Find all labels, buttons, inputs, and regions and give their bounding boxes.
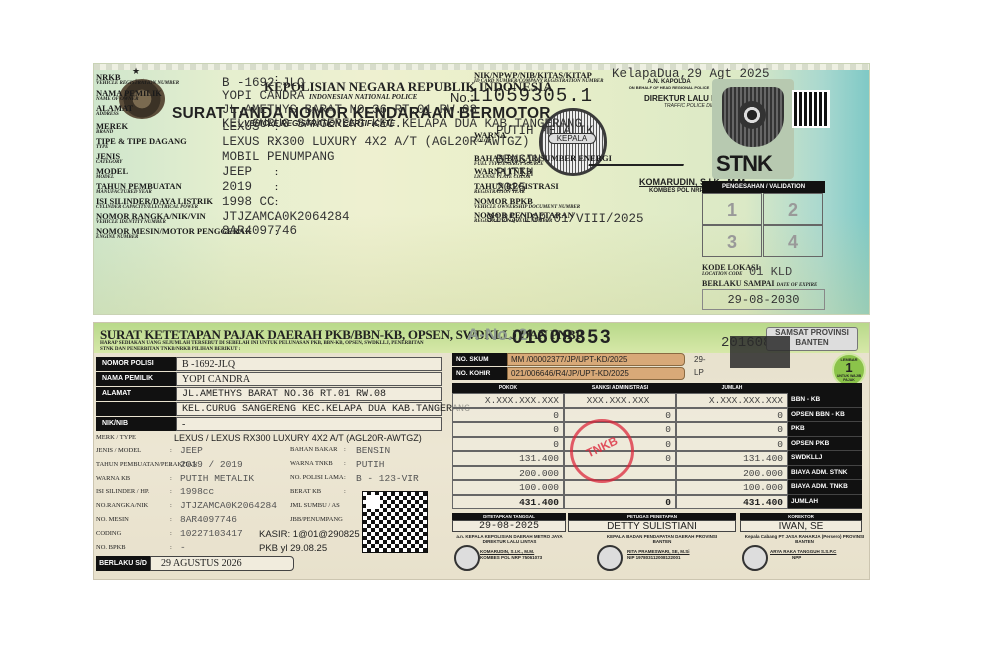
berlaku-sub: DATE OF EXPIRE xyxy=(777,283,818,288)
fee-pokok: 0 xyxy=(452,437,564,452)
cashier-code: KASIR: 1@01@290825 xyxy=(259,529,360,540)
field-label: MODELMODEL xyxy=(96,167,128,181)
fee-label: SWDKLLJ xyxy=(788,451,862,466)
identity-value: - xyxy=(176,417,442,431)
field-value: 8AR4097746 xyxy=(222,225,297,238)
fee-pokok: 131.400 xyxy=(452,451,564,466)
field-colon: : xyxy=(275,167,278,177)
field-colon: : xyxy=(275,182,278,192)
fee-jumlah: 131.400 xyxy=(676,451,788,466)
identity-label xyxy=(96,402,176,416)
merk-type-value: LEXUS / LEXUS RX300 LUXURY 4X2 A/T (AGL2… xyxy=(174,433,422,443)
vehicle-value: 10227103417 xyxy=(180,528,243,539)
vehicle-value: JEEP xyxy=(180,445,203,456)
field-label: ISI SILINDER/DAYA LISTRIKCYLINDER CAPACI… xyxy=(96,197,213,211)
kohir-label: NO. KOHIR xyxy=(452,367,507,380)
fee-row: 000OPSEN PKB xyxy=(452,437,862,452)
identity-row: NIK/NIB- xyxy=(96,417,442,431)
police-seal-icon xyxy=(454,545,480,571)
eye-emblem-icon xyxy=(738,101,766,129)
vehicle-label: BAHAN BAKAR xyxy=(290,446,338,453)
fee-sanksi: 0 xyxy=(564,408,676,423)
petugas-value: DETTY SULISTIANI xyxy=(568,520,736,532)
field-label-text: TIPE & TIPE DAGANG xyxy=(96,136,187,146)
fee-row: 200.000200.000BIAYA ADM. STNK xyxy=(452,466,862,481)
vehicle-label: NO. MESIN xyxy=(96,516,129,523)
fee-row: X.XXX.XXX.XXXXXX.XXX.XXXX.XXX.XXX.XXXBBN… xyxy=(452,393,862,408)
korektor-label: KOREKTOR xyxy=(740,513,862,520)
timestamp-fragment: 29- xyxy=(694,355,706,364)
identity-value: B -1692-JLQ xyxy=(176,357,442,371)
fee-jumlah: 0 xyxy=(676,437,788,452)
skum-value: MM /00002377/JP/UPT-KD/2025 xyxy=(507,353,685,366)
qr-code-icon xyxy=(362,491,428,553)
redaction-block xyxy=(730,336,790,368)
vehicle-value: 8AR4097746 xyxy=(180,514,237,525)
vehicle-label: NO.RANGKA/NIK xyxy=(96,502,148,509)
fee-jumlah: 0 xyxy=(676,422,788,437)
header-jumlah: JUMLAH xyxy=(676,383,788,393)
vehicle-colon: : xyxy=(344,446,346,453)
pkb-note: PKB yl 29.08.25 xyxy=(259,543,327,554)
field-label-sub: ID CARD NUMBER/COMPANY REGISTRATION NUMB… xyxy=(474,79,603,85)
vehicle-value: B - 123-VIR xyxy=(356,473,419,484)
location-code: 01 KLD xyxy=(749,265,792,279)
field-value: JL.AMETHYS BARAT NO.36 RT.01 RW.08 xyxy=(222,104,477,117)
kohir-row: NO. KOHIR 021/006646/R4/JP/UPT-KD/2025 xyxy=(452,367,696,380)
field-label: JENISCATEGORY xyxy=(96,152,122,166)
fee-label: JUMLAH xyxy=(788,495,862,510)
field-label: NOMOR BPKBVEHICLE OWNERSHIP DOCUMENT NUM… xyxy=(474,197,580,211)
identity-row: NOMOR POLISIB -1692-JLQ xyxy=(96,357,442,371)
expiry-label: BERLAKU SAMPAI DATE OF EXPIRE xyxy=(702,279,817,288)
field-value: 2019 xyxy=(222,181,252,194)
berlaku-label: BERLAKU SAMPAI xyxy=(702,279,775,288)
stnk-certificate: ★★★ KEPOLISIAN NEGARA REPUBLIK INDONESIA… xyxy=(93,63,870,315)
fee-label: OPSEN PKB xyxy=(788,437,862,452)
identity-row: KEL.CURUG SANGERENG KEC.KELAPA DUA KAB.T… xyxy=(96,402,442,416)
expiry-date: 29-08-2030 xyxy=(702,289,825,310)
vehicle-label: WARNA TNKB xyxy=(290,460,333,467)
fee-label: BIAYA ADM. STNK xyxy=(788,466,862,481)
field-label: ALAMATADDRESS xyxy=(96,104,133,118)
vehicle-colon: : xyxy=(344,488,346,495)
vehicle-colon: : xyxy=(344,460,346,467)
sign1-name: KOMARUDIN, S.I.K., M.M. xyxy=(480,549,534,554)
fee-pokok: X.XXX.XXX.XXX xyxy=(452,393,564,408)
field-label: NIK/NPWP/NIB/KITAS/KITAPID CARD NUMBER/C… xyxy=(474,71,603,85)
fee-row: 431.4000431.400JUMLAH xyxy=(452,495,862,510)
vehicle-value: 2019 / 2019 xyxy=(180,459,243,470)
field-value: 9185/LGP/01/VIII/2025 xyxy=(486,213,644,226)
vehicle-colon: : xyxy=(170,530,172,537)
field-value: 2025 xyxy=(496,182,526,195)
fee-jumlah: 100.000 xyxy=(676,480,788,495)
field-label-sub: VEHICLE REGISTRATION NUMBER xyxy=(96,81,179,87)
validation-cell-2: 2 xyxy=(763,193,823,225)
fee-label: BBN - KB xyxy=(788,393,862,408)
vehicle-label: NO. BPKB xyxy=(96,544,126,551)
vehicle-label: ISI SILINDER / HP. xyxy=(96,488,149,495)
skum-label: NO. SKUM xyxy=(452,353,507,366)
vehicle-colon: : xyxy=(170,475,172,482)
vehicle-label: JML SUMBU / AS xyxy=(290,502,340,509)
validation-header: PENGESAHAN / VALIDATION xyxy=(702,181,825,193)
stnk-hologram: STNK xyxy=(712,79,794,179)
vehicle-value: BENSIN xyxy=(356,445,390,456)
lembar-bottom: UNTUK WAJIB PAJAK xyxy=(834,374,864,382)
vehicle-value: PUTIH xyxy=(356,459,385,470)
vehicle-value: JTJZAMCA0K2064284 xyxy=(180,500,277,511)
identity-label: NAMA PEMILIK xyxy=(96,372,176,386)
sign3-name: ARYA RAKA TANGGUH S.S.P.C xyxy=(770,549,836,554)
vehicle-label: BERAT KB xyxy=(290,488,321,495)
identity-value: KEL.CURUG SANGERENG KEC.KELAPA DUA KAB.T… xyxy=(176,402,442,416)
field-label: NAMA PEMILIKNAME OF OWNER xyxy=(96,89,162,103)
valid-until: BERLAKU S/D 29 AGUSTUS 2026 xyxy=(96,556,300,571)
kohir-value: 021/006646/R4/JP/UPT-KD/2025 xyxy=(507,367,685,380)
field-value: PUTIH METALIK xyxy=(496,125,594,138)
fee-jumlah: 431.400 xyxy=(676,495,788,510)
sign2-id: NIP 197803112008122001 xyxy=(627,555,680,560)
field-label: TIPE & TIPE DAGANGTYPE xyxy=(96,137,187,151)
fee-sanksi xyxy=(564,480,676,495)
fee-row: 000OPSEN BBN - KB xyxy=(452,408,862,423)
fee-pokok: 200.000 xyxy=(452,466,564,481)
fee-table-header: POKOK SANKSI ADMINISTRASI JUMLAH xyxy=(452,383,862,393)
fee-label: BIAYA ADM. TNKB xyxy=(788,480,862,495)
validation-cell-3: 3 xyxy=(702,225,762,257)
merk-type-label: MERK / TYPE xyxy=(96,434,136,441)
fee-pokok: 0 xyxy=(452,422,564,437)
field-label: MEREKBRAND xyxy=(96,122,128,136)
vehicle-colon: : xyxy=(170,488,172,495)
field-label: NRKBVEHICLE REGISTRATION NUMBER xyxy=(96,73,179,87)
fee-pokok: 100.000 xyxy=(452,480,564,495)
field-colon: : xyxy=(275,122,278,132)
sign2-title: KEPALA BADAN PENDAPATAN DAERAH PROVINSI … xyxy=(602,534,722,544)
tax-notice: SURAT KETETAPAN PAJAK DAERAH PKB/BBN-KB,… xyxy=(93,322,870,580)
fee-row: 000PKB xyxy=(452,422,862,437)
on-behalf-label: A.N. KAPOLDAON BEHALF OF HEAD REGIONAL P… xyxy=(619,79,719,91)
validation-cell-4: 4 xyxy=(763,225,823,257)
skum-kohir-block: NO. SKUM MM /00002377/JP/UPT-KD/2025 NO.… xyxy=(452,353,696,381)
fee-jumlah: 200.000 xyxy=(676,466,788,481)
sign3-id: NPP xyxy=(792,555,801,560)
petugas-label: PETUGAS PENETAPAN xyxy=(568,513,736,520)
location-fragment: LP xyxy=(694,368,704,377)
fee-table: POKOK SANKSI ADMINISTRASI JUMLAH X.XXX.X… xyxy=(452,383,862,509)
an-kapolda-sub: ON BEHALF OF HEAD REGIONAL POLICE xyxy=(629,85,710,90)
fee-sanksi: 0 xyxy=(564,495,676,510)
tax-notice-subtitle: HARAP SEDIAKAN UANG SEJUMLAH TERSEBUT DI… xyxy=(100,341,430,353)
vehicle-colon: : xyxy=(344,474,346,481)
fee-sanksi: XXX.XXX.XXX xyxy=(564,393,676,408)
field-colon: : xyxy=(275,197,278,207)
identity-label: NOMOR POLISI xyxy=(96,357,176,371)
fee-label: OPSEN BBN - KB xyxy=(788,408,862,423)
fee-pokok: 0 xyxy=(452,408,564,423)
vehicle-label: CODING xyxy=(96,530,121,537)
document-number: 11059305.1 xyxy=(469,85,593,107)
ditetapkan-value: 29-08-2025 xyxy=(452,520,566,532)
identity-label: ALAMAT xyxy=(96,387,176,401)
stnk-logo-text: STNK xyxy=(716,151,772,177)
field-value: PUTIH xyxy=(496,167,534,180)
ditetapkan-label: DITETAPKAN TANGGAL xyxy=(452,513,566,520)
sign1-title: a.n. KEPALA KEPOLISIAN DAERAH METRO JAYA… xyxy=(447,534,572,544)
sheet-badge: LEMBAR 1 UNTUK WAJIB PAJAK xyxy=(832,353,866,387)
field-label: NOMOR RANGKA/NIK/VINVEHICLE IDENTITY NUM… xyxy=(96,212,206,226)
vehicle-label: JENIS / MODEL xyxy=(96,447,141,454)
field-label: TAHUN PEMBUATANMANUFACTURED YEAR xyxy=(96,182,182,196)
owner-identity-table: NOMOR POLISIB -1692-JLQNAMA PEMILIKYOPI … xyxy=(96,357,442,432)
sign2-name: RITA PRAMESWARI, SE, M.Si xyxy=(627,549,690,554)
fee-pokok: 431.400 xyxy=(452,495,564,510)
identity-label: NIK/NIB xyxy=(96,417,176,431)
fee-label: PKB xyxy=(788,422,862,437)
korektor-value: IWAN, SE xyxy=(740,520,862,532)
field-value: JEEP xyxy=(222,166,252,179)
field-value: JTJZAMCA0K2064284 xyxy=(222,211,350,224)
vehicle-value: - xyxy=(180,542,186,553)
identity-row: NAMA PEMILIKYOPI CANDRA xyxy=(96,372,442,386)
vehicle-colon: : xyxy=(170,516,172,523)
field-value: MOBIL PENUMPANG xyxy=(222,151,335,164)
valid-until-label: BERLAKU S/D xyxy=(96,556,150,571)
field-value: 1998 CC xyxy=(222,196,275,209)
identity-value: YOPI CANDRA xyxy=(176,372,442,386)
header-pokok: POKOK xyxy=(452,383,564,393)
vehicle-value: 1998cc xyxy=(180,486,214,497)
sign3-title: Kepala Cabang PT JASA RAHARJA (Persero) … xyxy=(742,534,867,544)
bapenda-seal-icon xyxy=(597,545,623,571)
validation-cell-1: 1 xyxy=(702,193,762,225)
identity-value: JL.AMETHYS BARAT NO.36 RT.01 RW.08 xyxy=(176,387,442,401)
series-number: 01608353 xyxy=(512,327,613,349)
jasa-raharja-seal-icon xyxy=(742,545,768,571)
fee-jumlah: X.XXX.XXX.XXX xyxy=(676,393,788,408)
identity-row: ALAMATJL.AMETHYS BARAT NO.36 RT.01 RW.08 xyxy=(96,387,442,401)
vehicle-colon: : xyxy=(170,461,172,468)
tnkb-stamp-text: TNKB xyxy=(573,428,631,465)
vehicle-label: WARNA KB xyxy=(96,475,130,482)
valid-until-value: 29 AGUSTUS 2026 xyxy=(150,556,294,571)
skum-row: NO. SKUM MM /00002377/JP/UPT-KD/2025 xyxy=(452,353,696,366)
qr-code-icon xyxy=(794,92,828,126)
field-value: YOPI CANDRA xyxy=(222,90,305,103)
vehicle-colon: : xyxy=(170,544,172,551)
vehicle-colon: : xyxy=(170,447,172,454)
fee-row: 100.000100.000BIAYA ADM. TNKB xyxy=(452,480,862,495)
vehicle-label: JBB/PENUMPANG xyxy=(290,516,343,523)
fee-jumlah: 0 xyxy=(676,408,788,423)
fee-row: 131.4000131.400SWDKLLJ xyxy=(452,451,862,466)
lembar-number: 1 xyxy=(834,362,864,374)
vehicle-colon: : xyxy=(170,502,172,509)
header-sanksi: SANKSI ADMINISTRASI xyxy=(564,383,676,393)
vehicle-label: NO. POLISI LAMA xyxy=(290,474,344,481)
sign1-id: KOMBES POL NRP 75061073 xyxy=(480,555,542,560)
issuer-title-en: INDONESIAN NATIONAL POLICE xyxy=(309,93,417,101)
tnkb-stamp-icon: TNKB xyxy=(570,419,634,483)
field-value: LEXUS xyxy=(222,121,260,134)
vehicle-value: PUTIH METALIK xyxy=(180,473,254,484)
